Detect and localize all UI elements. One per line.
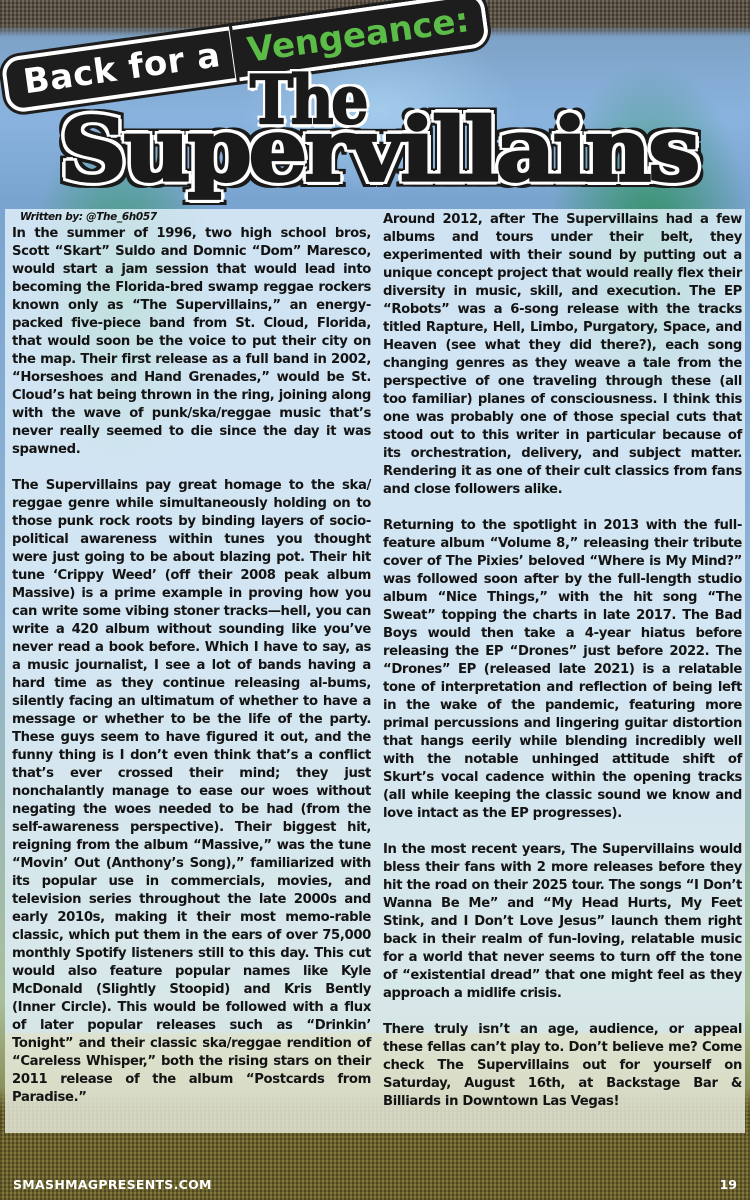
paragraph: There truly isn’t an age, audience, or a… [383,1021,742,1111]
page-title: Supervillains [60,106,697,193]
paragraph: In the summer of 1996, two high school b… [12,225,371,459]
right-column: Around 2012, after The Supervillains had… [383,211,742,1131]
byline-author: @The_6h057 [86,211,157,223]
page-number: 19 [720,1179,737,1192]
website-link[interactable]: SMASHMAGPRESENTS.COM [13,1179,212,1192]
article-body: Written by: @The_6h057 In the summer of … [12,211,742,1131]
byline-label: Written by: [20,211,83,223]
paragraph: In the most recent years, The Supervilla… [383,841,742,1003]
paragraph: Returning to the spotlight in 2013 with … [383,517,742,823]
paragraph: Around 2012, after The Supervillains had… [383,211,742,499]
byline: Written by: @The_6h057 [20,211,371,224]
left-column: Written by: @The_6h057 In the summer of … [12,211,371,1131]
paragraph: The Supervillains pay great homage to th… [12,477,371,1107]
